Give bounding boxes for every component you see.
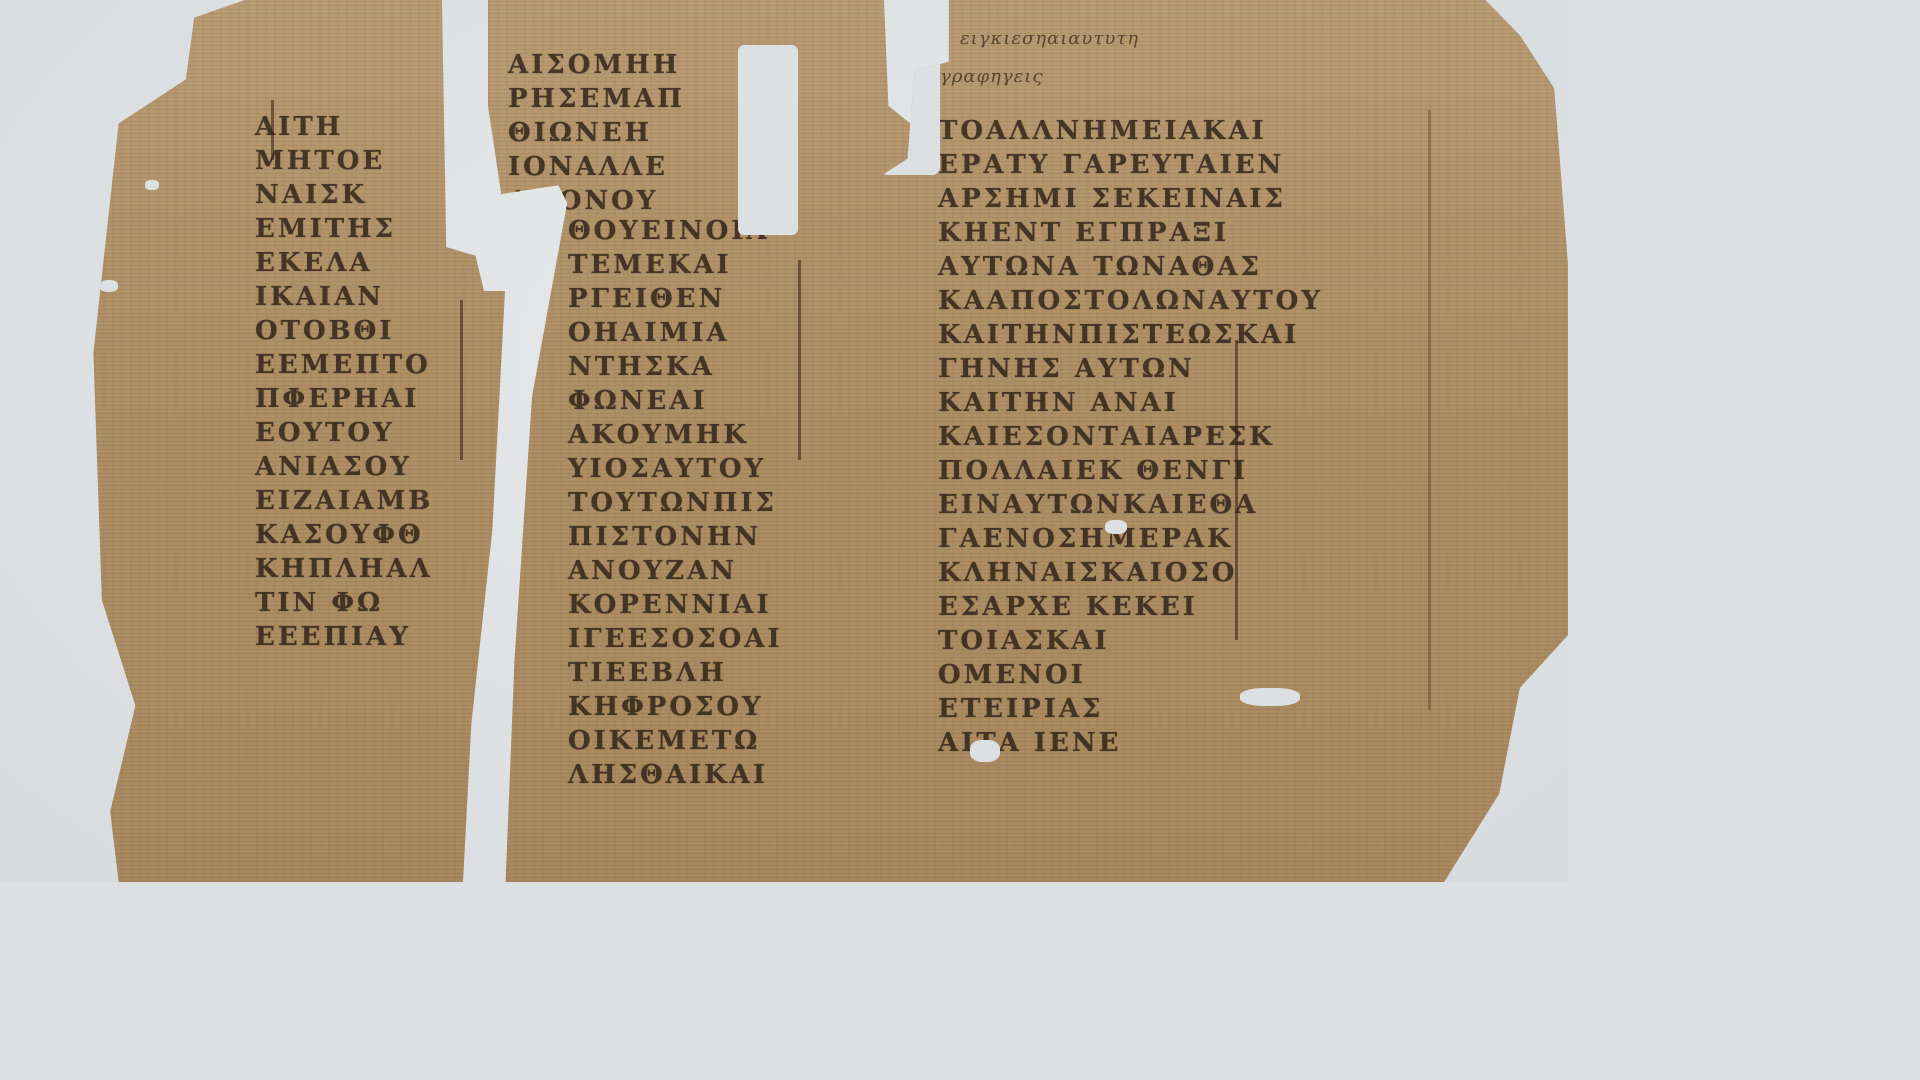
papyrus-hole [145, 180, 159, 190]
papyrus-fragment-right: ειγκιεσηαιαυτυτη γραφηγεις τογ ΤΟΑΛΛΝΗΜΕ… [880, 0, 1568, 882]
fiber-crack [271, 100, 274, 160]
fiber-crack [1235, 340, 1238, 640]
papyrus-hole [1240, 688, 1300, 706]
papyrus-fragment-left: ΑΙΤΗ ΜΗΤΟΕ ΝΑΙΣΚ ΕΜΙΤΗΣ ΕΚΕΛΑ ΙΚΑΙΑΝ ΟΤΟ… [85, 0, 505, 882]
papyrus-hole [100, 280, 118, 292]
papyrus-hole [1105, 520, 1127, 534]
left-fragment-text: ΑΙΤΗ ΜΗΤΟΕ ΝΑΙΣΚ ΕΜΙΤΗΣ ΕΚΕΛΑ ΙΚΑΙΑΝ ΟΤΟ… [255, 110, 433, 654]
marginal-note-second: γραφηγεις [940, 66, 1043, 87]
fiber-crack [1428, 110, 1431, 710]
papyrus-hole [970, 740, 1000, 762]
fiber-crack [798, 260, 801, 460]
papyrus-window-gap [738, 45, 798, 235]
fiber-crack [460, 300, 463, 460]
right-fragment-text: ΤΟΑΛΛΝΗΜΕΙΑΚΑΙ ΕΡΑΤΥ ΓΑΡΕΥΤΑΙΕΝ ΑΡΣΗΜΙ Σ… [938, 114, 1323, 760]
marginal-note-top: ειγκιεσηαιαυτυτη [960, 28, 1139, 49]
papyrus-fragment-middle: ΑΙΣΟΜΗΗ ΡΗΣΕΜΑΠ ΘΙΩΝΕΗ ΙΟΝΑΛΛΕ ΑΠΟΝΟΥ ΘΟ… [488, 0, 928, 882]
middle-fragment-text-lower: ΘΟΥΕΙΝΟΙΑ ΤΕΜΕΚΑΙ ΡΓΕΙΘΕΝ ΟΗΑΙΜΙΑ ΝΤΗΣΚΑ… [568, 214, 783, 792]
